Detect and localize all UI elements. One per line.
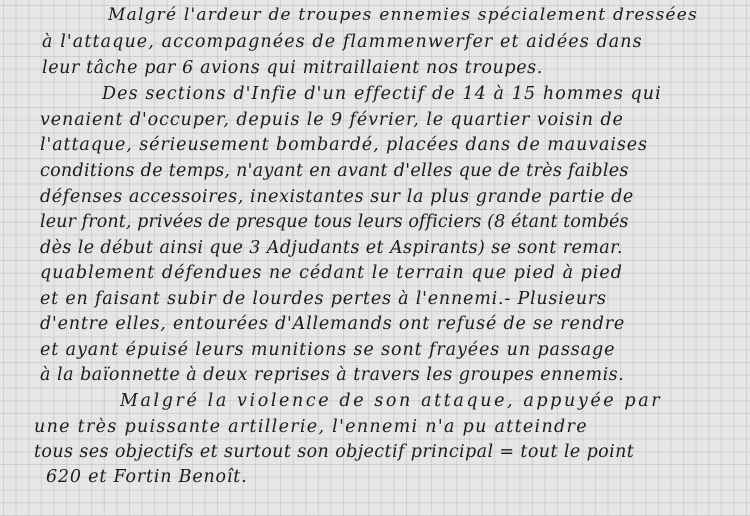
text-line-1: Malgré l'ardeur de troupes ennemies spéc… <box>108 4 698 26</box>
text-line-12: et en faisant subir de lourdes pertes à … <box>40 288 607 310</box>
text-line-7: conditions de temps, n'ayant en avant d'… <box>40 160 629 182</box>
text-line-6: l'attaque, sérieusement bombardé, placée… <box>40 134 648 156</box>
text-line-2: à l'attaque, accompagnées de flammenwerf… <box>42 31 643 53</box>
text-line-5: venaient d'occuper, depuis le 9 février,… <box>40 109 624 131</box>
text-line-15: à la baïonnette à deux reprises à traver… <box>40 364 624 386</box>
text-line-10: dès le début ainsi que 3 Adjudants et As… <box>40 237 623 259</box>
text-line-16: Malgré la violence de son attaque, appuy… <box>120 390 662 412</box>
text-line-3: leur tâche par 6 avions qui mitraillaien… <box>42 57 543 79</box>
text-line-19: 620 et Fortin Benoît. <box>46 466 247 488</box>
text-line-9: leur front, privées de presque tous leur… <box>40 211 629 233</box>
handwritten-page: Malgré l'ardeur de troupes ennemies spéc… <box>0 0 750 516</box>
text-line-8: défenses accessoires, inexistantes sur l… <box>40 186 634 208</box>
text-line-17: une très puissante artillerie, l'ennemi … <box>34 416 588 438</box>
text-line-4: Des sections d'Infie d'un effectif de 14… <box>102 83 662 105</box>
text-line-18: tous ses objectifs et surtout son object… <box>34 441 634 463</box>
text-line-14: et ayant épuisé leurs munitions se sont … <box>40 339 615 361</box>
text-line-11: quablement défendues ne cédant le terrai… <box>40 262 623 284</box>
text-line-13: d'entre elles, entourées d'Allemands ont… <box>40 313 625 335</box>
